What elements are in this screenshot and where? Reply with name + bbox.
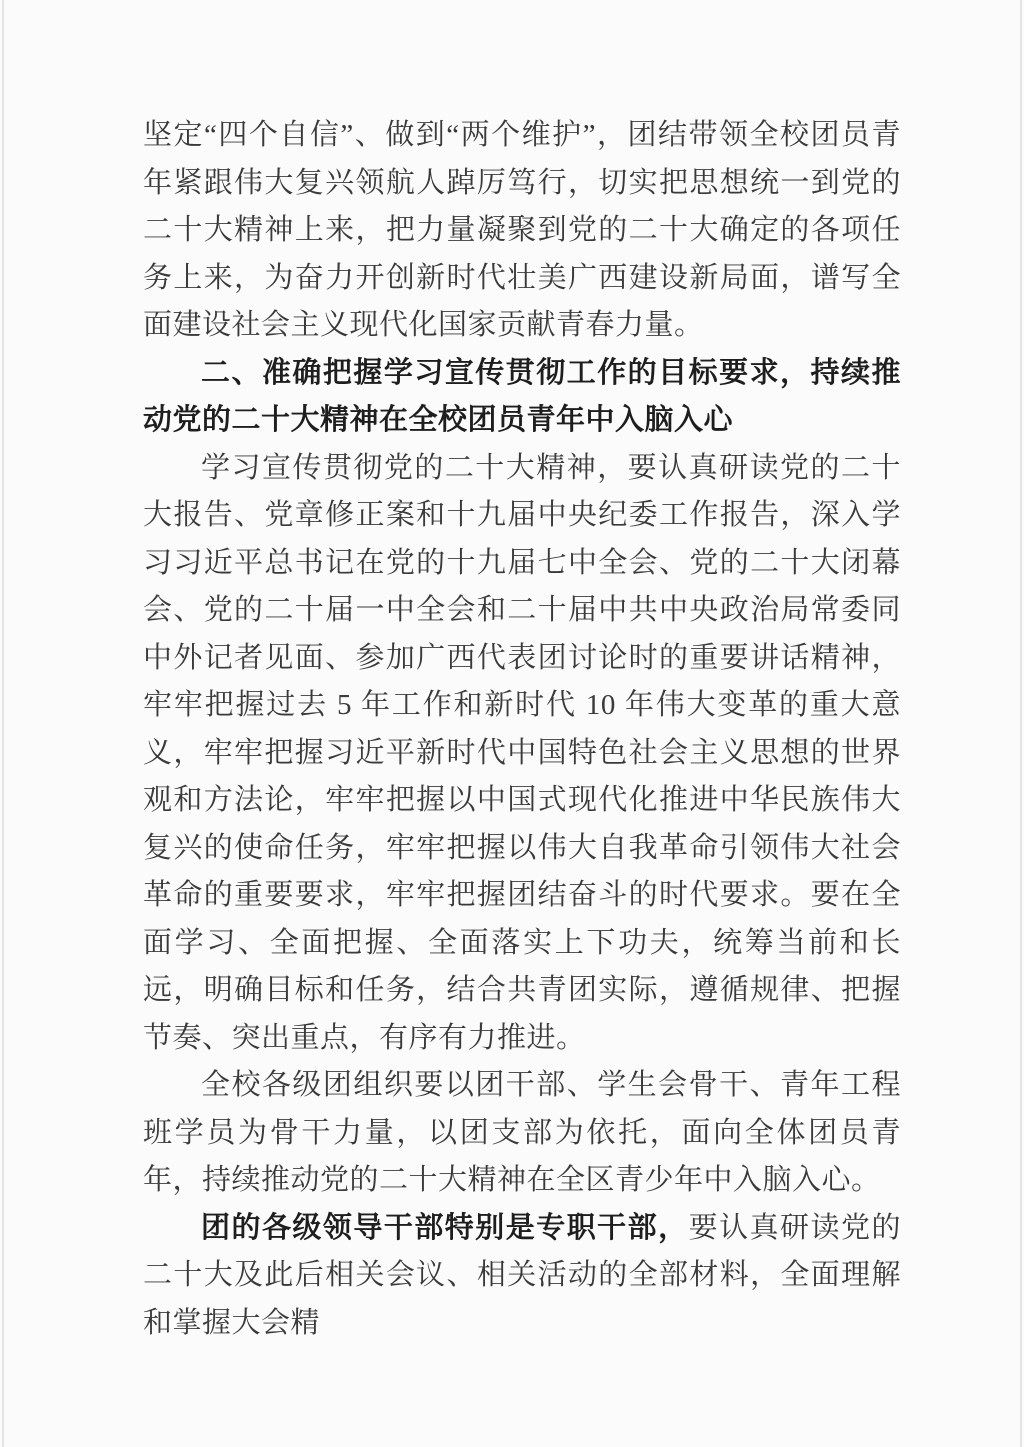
bold-lead-text: 团的各级领导干部特别是专职干部， — [201, 1212, 689, 1244]
paragraph-league-organizations: 全校各级团组织要以团干部、学生会骨干、青年工程班学员为骨干力量，以团支部为依托，… — [143, 1062, 901, 1205]
paragraph-study-requirements: 学习宣传贯彻党的二十大精神，要认真研读党的二十大报告、党章修正案和十九届中央纪委… — [143, 445, 901, 1063]
paragraph-continuation: 坚定“四个自信”、做到“两个维护”，团结带领全校团员青年紧跟伟大复兴领航人踔厉笃… — [143, 112, 901, 350]
section-heading-two: 二、准确把握学习宣传贯彻工作的目标要求，持续推动党的二十大精神在全校团员青年中入… — [143, 350, 901, 445]
scanned-document-page: 坚定“四个自信”、做到“两个维护”，团结带领全校团员青年紧跟伟大复兴领航人踔厉笃… — [0, 0, 1024, 1447]
scan-edge-artifact-left — [2, 0, 4, 1447]
document-text-block: 坚定“四个自信”、做到“两个维护”，团结带领全校团员青年紧跟伟大复兴领航人踔厉笃… — [143, 112, 901, 1347]
paragraph-league-cadres: 团的各级领导干部特别是专职干部，要认真研读党的二十大及此后相关会议、相关活动的全… — [143, 1205, 901, 1348]
scan-edge-artifact-right — [1020, 0, 1022, 1447]
